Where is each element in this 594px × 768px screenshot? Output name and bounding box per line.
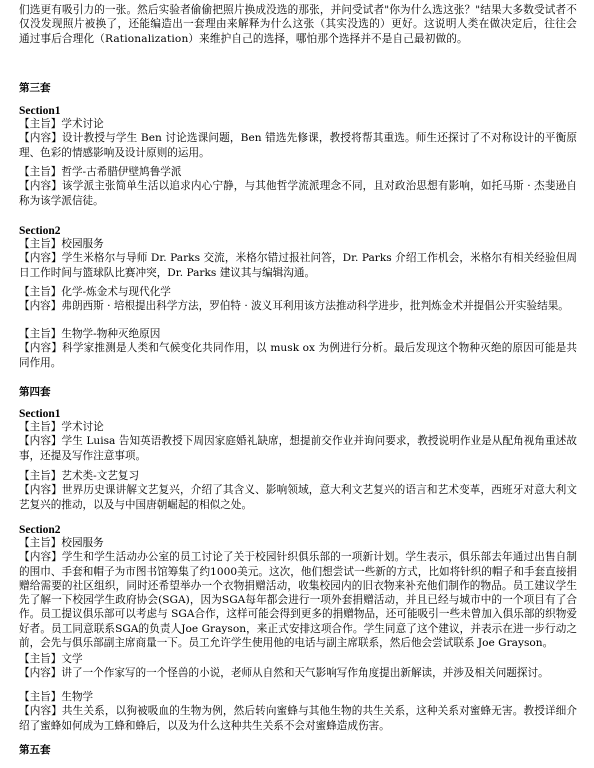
topic-block: 【主旨】学术讨论 【内容】设计教授与学生 Ben 讨论选课问题，Ben 错选先修… [19,117,577,160]
topic-block: 【主旨】生物学 【内容】共生关系，以狗被吸血的生物为例，然后转向蜜蜂与其他生物的… [19,690,577,733]
topic-content: 【内容】弗朗西斯 · 培根提出科学方法，罗伯特 · 波义耳利用该方法推动科学进步… [19,299,577,313]
topic-block: 【主旨】生物学-物种灭绝原因 【内容】科学家推测是人类和气候变化共同作用，以 m… [19,327,577,370]
topic-block: 【主旨】艺术类-文艺复习 【内容】世界历史课讲解文艺复兴，介绍了其含义、影响领域… [19,469,577,512]
topic-content: 【内容】世界历史课讲解文艺复兴，介绍了其含义、影响领域，意大利文艺复兴的语言和艺… [19,483,577,512]
set-title-4: 第四套 [19,385,51,399]
topic-theme: 【主旨】学术讨论 [19,117,577,131]
topic-content: 【内容】共生关系，以狗被吸血的生物为例，然后转向蜜蜂与其他生物的共生关系，这种关… [19,704,577,733]
topic-theme: 【主旨】化学-炼金术与现代化学 [19,285,577,299]
topic-block: 【主旨】哲学-古希腊伊壁鸠鲁学派 【内容】该学派主张简单生活以追求内心宁静，与其… [19,165,577,208]
topic-content: 【内容】学生米格尔与导师 Dr. Parks 交流，米格尔错过报社问答，Dr. … [19,251,577,280]
topic-theme: 【主旨】生物学-物种灭绝原因 [19,327,577,341]
topic-content: 【内容】该学派主张简单生活以追求内心宁静，与其他哲学流派理念不同，且对政治思想有… [19,179,577,208]
topic-block: 【主旨】校园服务 【内容】学生和学生活动办公室的员工讨论了关于校园针织俱乐部的一… [19,536,577,650]
topic-block: 【主旨】学术讨论 【内容】学生 Luisa 告知英语教授下周因家庭婚礼缺席，想提… [19,420,577,463]
topic-theme: 【主旨】文学 [19,652,577,666]
topic-content: 【内容】设计教授与学生 Ben 讨论选课问题，Ben 错选先修课，教授将帮其重选… [19,131,577,160]
intro-paragraph: 们选更有吸引力的一张。然后实验者偷偷把照片换成没选的那张，并问受试者"你为什么选… [19,3,577,46]
topic-theme: 【主旨】生物学 [19,690,577,704]
topic-theme: 【主旨】校园服务 [19,536,577,550]
topic-block: 【主旨】校园服务 【内容】学生米格尔与导师 Dr. Parks 交流，米格尔错过… [19,237,577,280]
set-title-5: 第五套 [19,743,51,757]
topic-block: 【主旨】文学 【内容】讲了一个作家写的一个怪兽的小说，老师从自然和天气影响写作角… [19,652,577,681]
set-title-3: 第三套 [19,81,51,95]
topic-theme: 【主旨】学术讨论 [19,420,577,434]
topic-content: 【内容】学生 Luisa 告知英语教授下周因家庭婚礼缺席，想提前交作业并询问要求… [19,434,577,463]
topic-theme: 【主旨】艺术类-文艺复习 [19,469,577,483]
topic-content: 【内容】科学家推测是人类和气候变化共同作用，以 musk ox 为例进行分析。最… [19,341,577,370]
topic-content: 【内容】学生和学生活动办公室的员工讨论了关于校园针织俱乐部的一项新计划。学生表示… [19,550,577,650]
topic-block: 【主旨】化学-炼金术与现代化学 【内容】弗朗西斯 · 培根提出科学方法，罗伯特 … [19,285,577,314]
topic-theme: 【主旨】校园服务 [19,237,577,251]
topic-theme: 【主旨】哲学-古希腊伊壁鸠鲁学派 [19,165,577,179]
topic-content: 【内容】讲了一个作家写的一个怪兽的小说，老师从自然和天气影响写作角度提出新解读，… [19,666,577,680]
